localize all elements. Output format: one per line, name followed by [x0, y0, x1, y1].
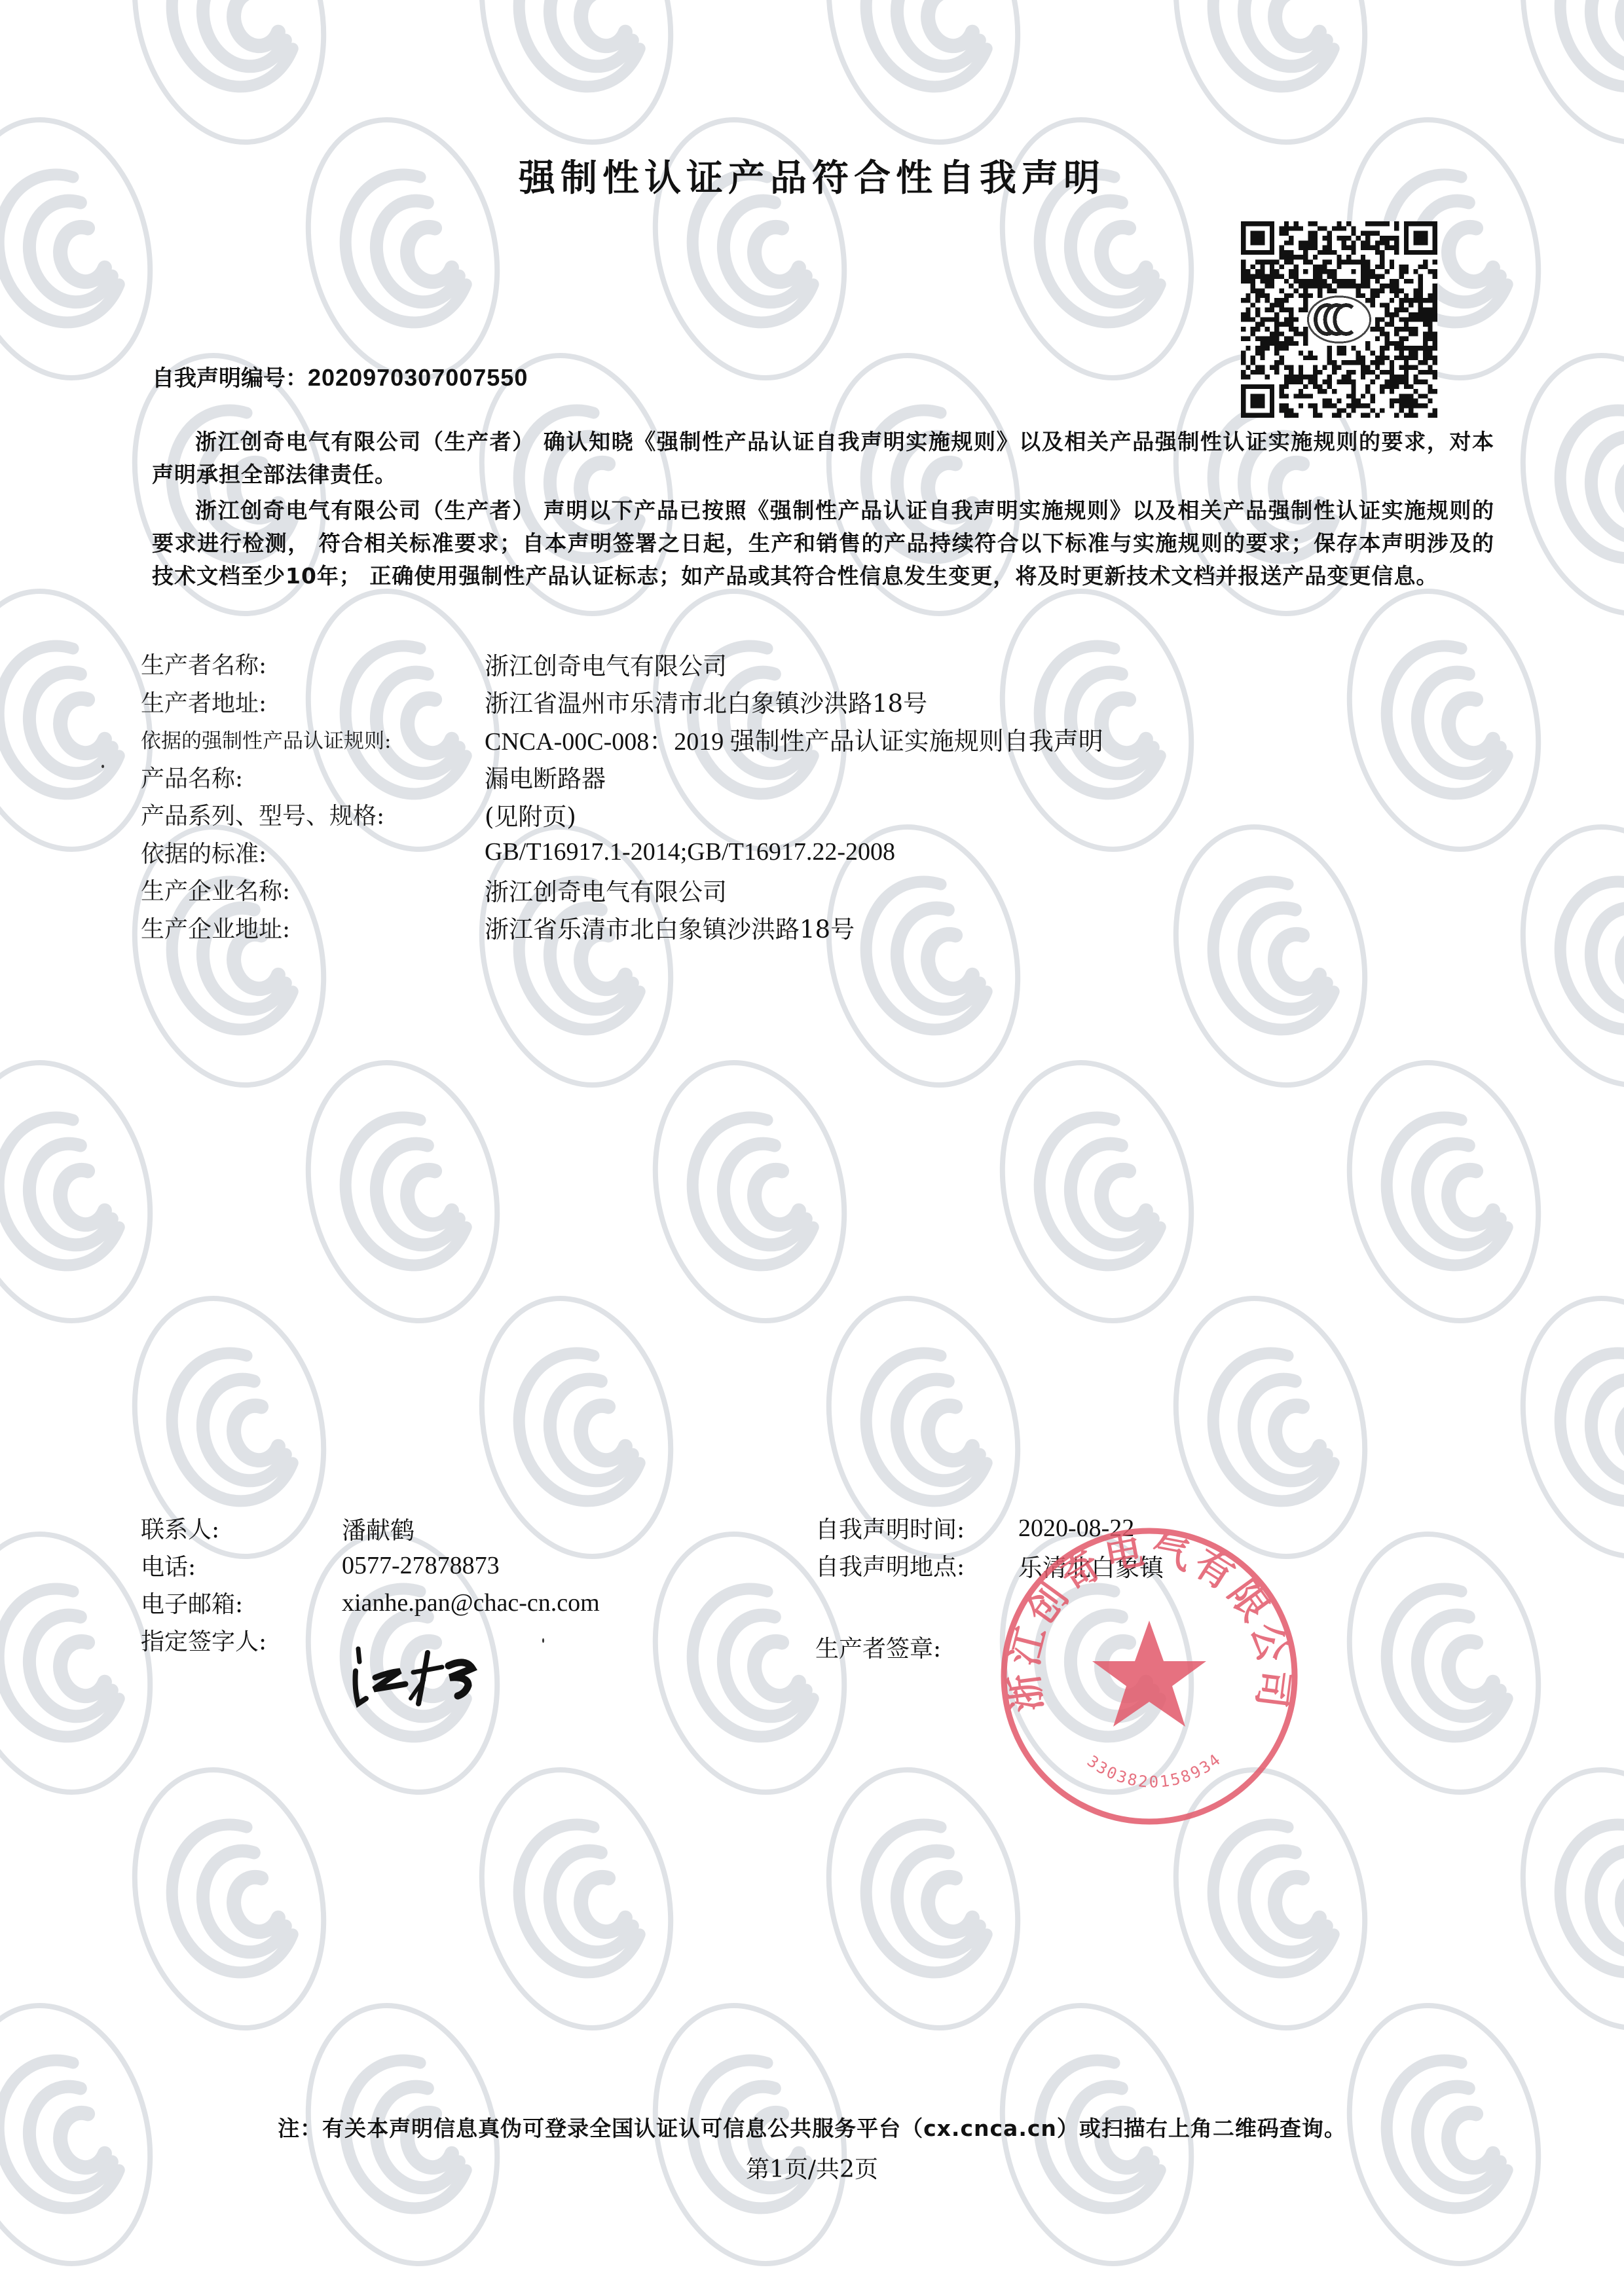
- info-label: 生产企业地址:: [141, 911, 485, 944]
- scan-speck: [542, 1638, 544, 1643]
- info-value: 浙江创奇电气有限公司: [485, 872, 727, 908]
- info-row-manufacturer-name: 生产企业名称: 浙江创奇电气有限公司: [141, 871, 1103, 909]
- contact-person-value: 潘献鹤: [342, 1511, 415, 1546]
- handwritten-signature: [350, 1643, 521, 1716]
- info-row-product-name: 产品名称: 漏电断路器: [141, 758, 1103, 796]
- acknowledgement-paragraph: 浙江创奇电气有限公司（生产者） 确认知晓《强制性产品认证自我声明实施规则》以及相…: [152, 426, 1494, 491]
- contact-block: 联系人: 潘献鹤 电话: 0577-27878873 电子邮箱: xianhe.…: [141, 1509, 600, 1659]
- email-row: 电子邮箱: xianhe.pan@chac-cn.com: [141, 1584, 600, 1621]
- signatory-label: 指定签字人:: [141, 1623, 342, 1657]
- contact-person-label: 联系人:: [141, 1511, 342, 1545]
- info-row-manufacturer-address: 生产企业地址: 浙江省乐清市北白象镇沙洪路18号: [141, 909, 1103, 947]
- info-label: 生产者地址:: [141, 685, 485, 718]
- producer-seal-label: 生产者签章:: [815, 1630, 941, 1664]
- info-value: CNCA-00C-008：2019 强制性产品认证实施规则自我声明: [485, 721, 1103, 757]
- stamp-serial-text: 3303820158934: [1084, 1750, 1225, 1791]
- info-row-product-series: 产品系列、型号、规格: (见附页): [141, 796, 1103, 834]
- info-value: (见附页): [485, 797, 576, 832]
- info-value: 漏电断路器: [485, 759, 606, 794]
- email-value: xianhe.pan@chac-cn.com: [342, 1588, 600, 1617]
- phone-row: 电话: 0577-27878873: [141, 1547, 600, 1584]
- phone-label: 电话:: [141, 1549, 342, 1582]
- footer-note: 注：有关本声明信息真伪可登录全国认证认可信息公共服务平台（cx.cnca.cn）…: [0, 2112, 1624, 2142]
- info-value: GB/T16917.1-2014;GB/T16917.22-2008: [485, 837, 895, 866]
- document-title: 强制性认证产品符合性自我声明: [0, 149, 1624, 202]
- info-label: 依据的标准:: [141, 835, 485, 869]
- declaration-number-label: 自我声明编号：: [152, 365, 308, 392]
- declaration-number-value: 2020970307007550: [308, 364, 528, 391]
- info-label: 生产者名称:: [141, 647, 485, 680]
- info-row-producer-address: 生产者地址: 浙江省温州市乐清市北白象镇沙洪路18号: [141, 683, 1103, 721]
- info-value: 浙江省温州市乐清市北白象镇沙洪路18号: [485, 684, 927, 719]
- info-row-standards: 依据的标准: GB/T16917.1-2014;GB/T16917.22-200…: [141, 834, 1103, 872]
- info-row-producer-name: 生产者名称: 浙江创奇电气有限公司: [141, 645, 1103, 683]
- info-label: 生产企业名称:: [141, 873, 485, 906]
- qr-code-icon: [1241, 221, 1437, 418]
- svg-text:3303820158934: 3303820158934: [1084, 1750, 1225, 1791]
- declaration-paragraph: 浙江创奇电气有限公司（生产者） 声明以下产品已按照《强制性产品认证自我声明实施规…: [152, 494, 1494, 593]
- scan-speck: [101, 765, 104, 768]
- email-label: 电子邮箱:: [141, 1586, 342, 1619]
- declaration-number: 自我声明编号：2020970307007550: [152, 360, 528, 392]
- info-row-certification-rule: 依据的强制性产品认证规则: CNCA-00C-008：2019 强制性产品认证实…: [141, 720, 1103, 758]
- company-seal-stamp: 浙江创奇电气有限公司 3303820158934: [995, 1522, 1303, 1830]
- phone-value: 0577-27878873: [342, 1551, 500, 1580]
- info-value: 浙江创奇电气有限公司: [485, 646, 727, 682]
- info-label: 产品名称:: [141, 760, 485, 794]
- info-value: 浙江省乐清市北白象镇沙洪路18号: [485, 909, 855, 945]
- contact-person-row: 联系人: 潘献鹤: [141, 1509, 600, 1547]
- product-info-table: 生产者名称: 浙江创奇电气有限公司 生产者地址: 浙江省温州市乐清市北白象镇沙洪…: [141, 645, 1103, 946]
- page-indicator: 第1页/共2页: [0, 2151, 1624, 2184]
- declaration-date-label: 自我声明时间:: [815, 1511, 1018, 1545]
- info-label: 依据的强制性产品认证规则:: [141, 724, 485, 754]
- info-label: 产品系列、型号、规格:: [141, 798, 485, 831]
- declaration-place-label: 自我声明地点:: [815, 1549, 1018, 1582]
- star-icon: [1092, 1621, 1206, 1727]
